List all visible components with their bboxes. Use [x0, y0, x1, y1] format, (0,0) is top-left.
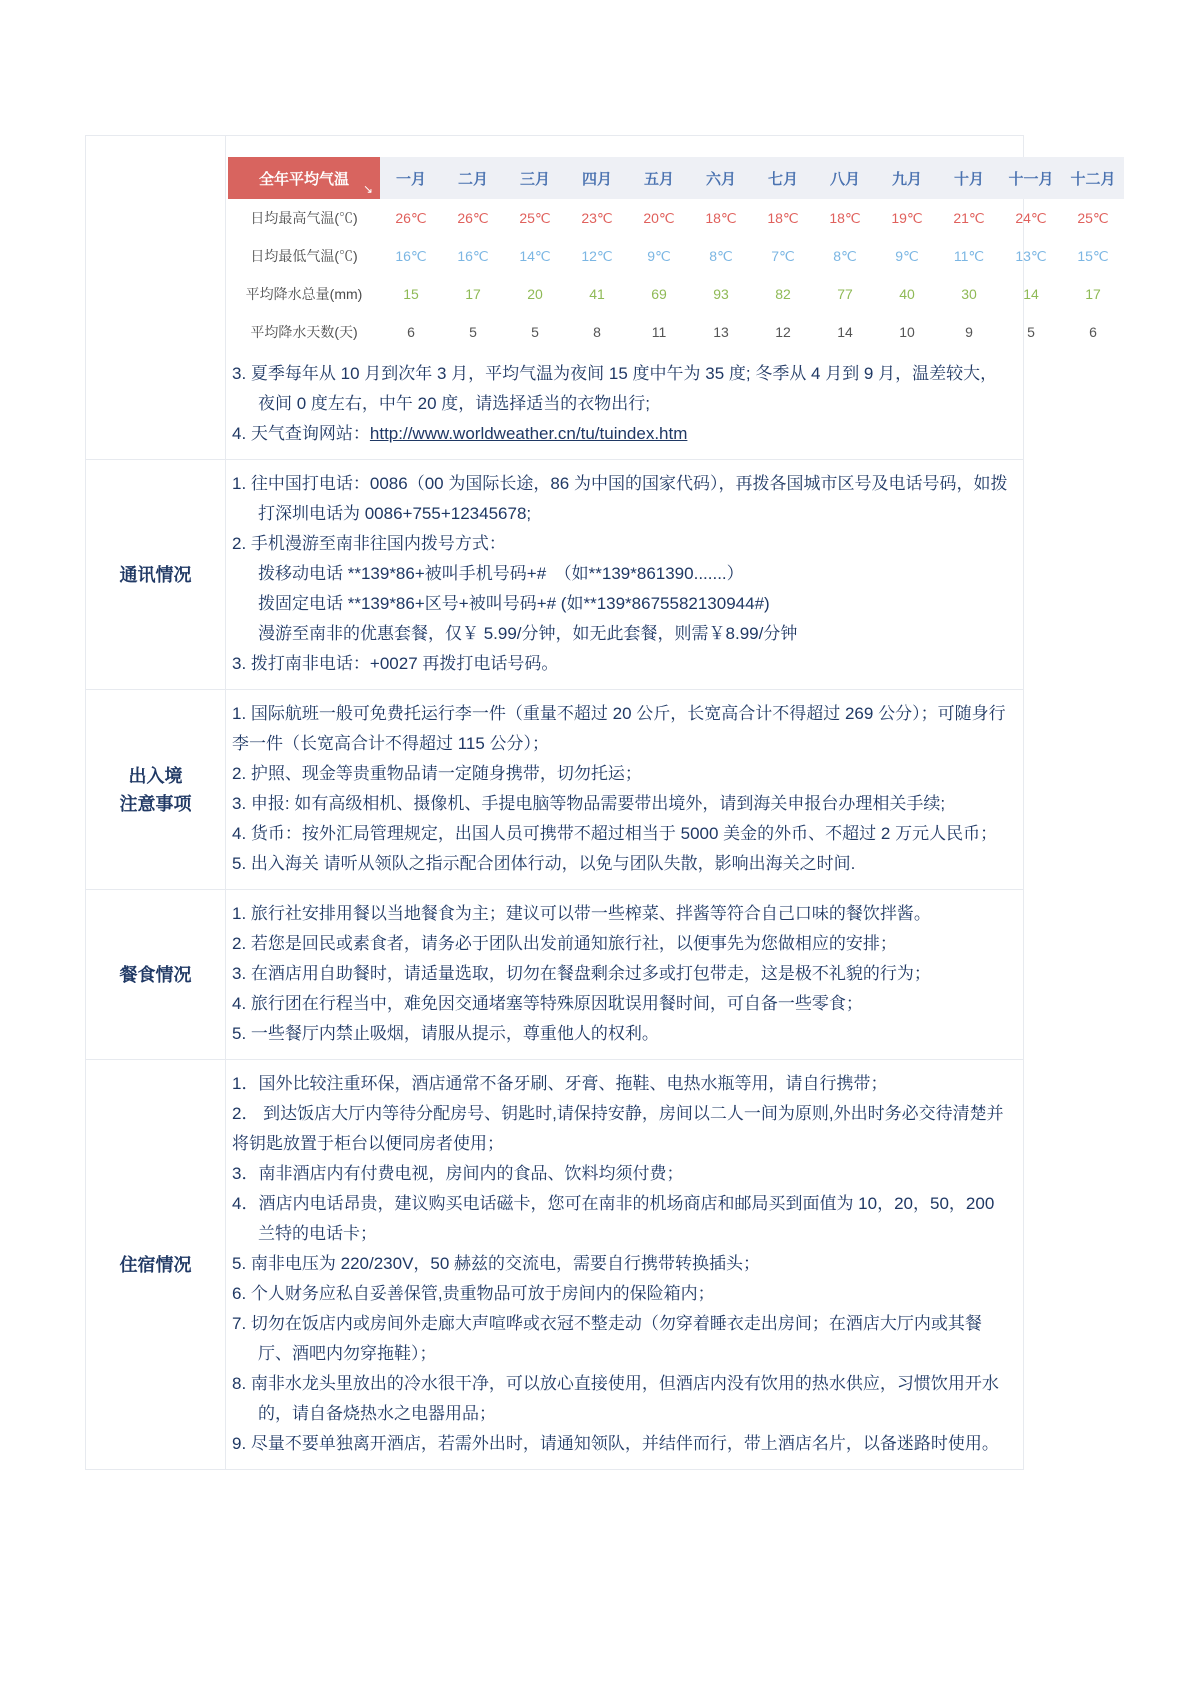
- weather-corner-label: 全年平均气温: [259, 171, 349, 188]
- section-label-text: 住宿情况: [120, 1251, 192, 1279]
- list-subline: 拨移动电话 **139*86+被叫手机号码+# （如**139*861390..…: [232, 559, 1013, 589]
- weather-value-cell: 19℃: [876, 199, 938, 237]
- list-item: 3. 夏季每年从 10 月到次年 3 月，平均气温为夜间 15 度中午为 35 …: [232, 359, 1013, 419]
- list-item: 1．国外比较注重环保，酒店通常不备牙刷、牙膏、拖鞋、电热水瓶等用，请自行携带；: [232, 1069, 1013, 1099]
- section-label-text: 餐食情况: [120, 961, 192, 989]
- weather-row-label: 平均降水天数(天): [228, 313, 380, 351]
- weather-month-header: 六月: [690, 157, 752, 199]
- weather-value-cell: 20℃: [628, 199, 690, 237]
- section-content-immigration: 1. 国际航班一般可免费托运行李一件（重量不超过 20 公斤，长宽高合计不得超过…: [226, 690, 1023, 889]
- weather-value-cell: 77: [814, 275, 876, 313]
- section-weather: 全年平均气温↘一月二月三月四月五月六月七月八月九月十月十一月十二月日均最高气温(…: [86, 136, 1023, 459]
- weather-header-row: 全年平均气温↘一月二月三月四月五月六月七月八月九月十月十一月十二月: [228, 157, 1124, 199]
- weather-value-cell: 16℃: [380, 237, 442, 275]
- weather-value-cell: 18℃: [752, 199, 814, 237]
- weather-table-head: 全年平均气温↘一月二月三月四月五月六月七月八月九月十月十一月十二月: [228, 157, 1124, 199]
- weather-value-cell: 13℃: [1000, 237, 1062, 275]
- weather-value-cell: 12: [752, 313, 814, 351]
- weather-month-header: 五月: [628, 157, 690, 199]
- weather-value-cell: 5: [1000, 313, 1062, 351]
- weather-table: 全年平均气温↘一月二月三月四月五月六月七月八月九月十月十一月十二月日均最高气温(…: [228, 157, 1124, 351]
- weather-month-header: 十月: [938, 157, 1000, 199]
- weather-value-cell: 6: [1062, 313, 1124, 351]
- list-item: 2. 护照、现金等贵重物品请一定随身携带，切勿托运；: [232, 759, 1013, 789]
- section-content-meals: 1. 旅行社安排用餐以当地餐食为主；建议可以带一些榨菜、拌酱等符合自己口味的餐饮…: [226, 890, 1023, 1059]
- weather-value-cell: 18℃: [814, 199, 876, 237]
- weather-value-cell: 15: [380, 275, 442, 313]
- section-label-immigration: 出入境注意事项: [86, 690, 226, 889]
- diagonal-arrow-icon: ↘: [363, 182, 373, 196]
- weather-value-cell: 30: [938, 275, 1000, 313]
- list-item: 2. 若您是回民或素食者，请务必于团队出发前通知旅行社，以便事先为您做相应的安排…: [232, 929, 1013, 959]
- weather-value-cell: 10: [876, 313, 938, 351]
- info-table: 全年平均气温↘一月二月三月四月五月六月七月八月九月十月十一月十二月日均最高气温(…: [85, 135, 1024, 1470]
- weather-value-cell: 26℃: [380, 199, 442, 237]
- list-item: 6. 个人财务应私自妥善保管,贵重物品可放于房间内的保险箱内；: [232, 1279, 1013, 1309]
- weather-value-cell: 18℃: [690, 199, 752, 237]
- list-item: 5. 一些餐厅内禁止吸烟，请服从提示，尊重他人的权利。: [232, 1019, 1013, 1049]
- weather-site-link[interactable]: http://www.worldweather.cn/tu/tuindex.ht…: [370, 424, 688, 443]
- section-content-weather: 全年平均气温↘一月二月三月四月五月六月七月八月九月十月十一月十二月日均最高气温(…: [226, 136, 1023, 459]
- section-label-text: 注意事项: [120, 790, 192, 818]
- weather-value-cell: 11: [628, 313, 690, 351]
- weather-data-row: 日均最低气温(℃)16℃16℃14℃12℃9℃8℃7℃8℃9℃11℃13℃15℃: [228, 237, 1124, 275]
- weather-month-header: 七月: [752, 157, 814, 199]
- weather-value-cell: 20: [504, 275, 566, 313]
- weather-value-cell: 8: [566, 313, 628, 351]
- weather-month-header: 十一月: [1000, 157, 1062, 199]
- list-item: 1. 旅行社安排用餐以当地餐食为主；建议可以带一些榨菜、拌酱等符合自己口味的餐饮…: [232, 899, 1013, 929]
- weather-month-header: 十二月: [1062, 157, 1124, 199]
- section-label-text: 通讯情况: [120, 561, 192, 589]
- weather-value-cell: 6: [380, 313, 442, 351]
- section-label-weather: [86, 136, 226, 459]
- weather-value-cell: 8℃: [690, 237, 752, 275]
- weather-month-header: 二月: [442, 157, 504, 199]
- weather-value-cell: 41: [566, 275, 628, 313]
- list-item: 4. 天气查询网站：http://www.worldweather.cn/tu/…: [232, 419, 1013, 449]
- list-subline: 漫游至南非的优惠套餐，仅￥ 5.99/分钟，如无此套餐，则需￥8.99/分钟: [232, 619, 1013, 649]
- weather-value-cell: 40: [876, 275, 938, 313]
- weather-row-label: 日均最低气温(℃): [228, 237, 380, 275]
- section-communication: 通讯情况1. 往中国打电话：0086（00 为国际长途，86 为中国的国家代码）…: [86, 459, 1023, 689]
- weather-month-header: 九月: [876, 157, 938, 199]
- weather-value-cell: 17: [1062, 275, 1124, 313]
- weather-month-header: 三月: [504, 157, 566, 199]
- list-item: 4. 旅行团在行程当中，难免因交通堵塞等特殊原因耽误用餐时间，可自备一些零食；: [232, 989, 1013, 1019]
- section-immigration: 出入境注意事项1. 国际航班一般可免费托运行李一件（重量不超过 20 公斤，长宽…: [86, 689, 1023, 889]
- weather-value-cell: 21℃: [938, 199, 1000, 237]
- list-item: 8. 南非水龙头里放出的冷水很干净，可以放心直接使用，但酒店内没有饮用的热水供应…: [232, 1369, 1013, 1429]
- weather-value-cell: 9℃: [876, 237, 938, 275]
- weather-row-label: 日均最高气温(℃): [228, 199, 380, 237]
- list-item: 5. 南非电压为 220/230V，50 赫兹的交流电，需要自行携带转换插头；: [232, 1249, 1013, 1279]
- weather-value-cell: 13: [690, 313, 752, 351]
- list-item-text: 4. 天气查询网站：: [232, 424, 370, 443]
- weather-value-cell: 17: [442, 275, 504, 313]
- list-item: 2． 到达饭店大厅内等待分配房号、钥匙时,请保持安静，房间以二人一间为原则,外出…: [232, 1099, 1013, 1159]
- section-label-meals: 餐食情况: [86, 890, 226, 1059]
- weather-month-header: 一月: [380, 157, 442, 199]
- weather-value-cell: 8℃: [814, 237, 876, 275]
- list-item: 3. 申报: 如有高级相机、摄像机、手提电脑等物品需要带出境外，请到海关申报台办…: [232, 789, 1013, 819]
- weather-value-cell: 9℃: [628, 237, 690, 275]
- weather-value-cell: 14: [1000, 275, 1062, 313]
- weather-table-body: 日均最高气温(℃)26℃26℃25℃23℃20℃18℃18℃18℃19℃21℃2…: [228, 199, 1124, 351]
- section-label-text: 出入境: [129, 762, 183, 790]
- list-item: 1. 国际航班一般可免费托运行李一件（重量不超过 20 公斤，长宽高合计不得超过…: [232, 699, 1013, 759]
- weather-value-cell: 82: [752, 275, 814, 313]
- weather-data-row: 平均降水天数(天)65581113121410956: [228, 313, 1124, 351]
- section-accommodation: 住宿情况1．国外比较注重环保，酒店通常不备牙刷、牙膏、拖鞋、电热水瓶等用，请自行…: [86, 1059, 1023, 1469]
- list-item: 3. 拨打南非电话：+0027 再拨打电话号码。: [232, 649, 1013, 679]
- section-label-communication: 通讯情况: [86, 460, 226, 689]
- list-item: 1. 往中国打电话：0086（00 为国际长途，86 为中国的国家代码），再拨各…: [232, 469, 1013, 529]
- weather-value-cell: 5: [504, 313, 566, 351]
- weather-value-cell: 93: [690, 275, 752, 313]
- list-item: 4. 货币：按外汇局管理规定，出国人员可携带不超过相当于 5000 美金的外币、…: [232, 819, 1013, 849]
- list-item: 2. 手机漫游至南非往国内拨号方式：: [232, 529, 1013, 559]
- weather-value-cell: 24℃: [1000, 199, 1062, 237]
- weather-month-header: 四月: [566, 157, 628, 199]
- weather-value-cell: 14℃: [504, 237, 566, 275]
- section-content-accommodation: 1．国外比较注重环保，酒店通常不备牙刷、牙膏、拖鞋、电热水瓶等用，请自行携带；2…: [226, 1060, 1023, 1469]
- list-item: 9. 尽量不要单独离开酒店，若需外出时，请通知领队，并结伴而行，带上酒店名片，以…: [232, 1429, 1013, 1459]
- weather-value-cell: 15℃: [1062, 237, 1124, 275]
- list-item: 5. 出入海关 请听从领队之指示配合团体行动，以免与团队失散，影响出海关之时间.: [232, 849, 1013, 879]
- section-meals: 餐食情况1. 旅行社安排用餐以当地餐食为主；建议可以带一些榨菜、拌酱等符合自己口…: [86, 889, 1023, 1059]
- weather-value-cell: 9: [938, 313, 1000, 351]
- weather-data-row: 平均降水总量(mm)151720416993827740301417: [228, 275, 1124, 313]
- list-item: 3. 在酒店用自助餐时，请适量选取，切勿在餐盘剩余过多或打包带走，这是极不礼貌的…: [232, 959, 1013, 989]
- weather-row-label: 平均降水总量(mm): [228, 275, 380, 313]
- list-item: 7. 切勿在饭店内或房间外走廊大声喧哗或衣冠不整走动（勿穿着睡衣走出房间；在酒店…: [232, 1309, 1013, 1369]
- weather-value-cell: 23℃: [566, 199, 628, 237]
- weather-value-cell: 25℃: [504, 199, 566, 237]
- list-subline: 拨固定电话 **139*86+区号+被叫号码+# (如**139*8675582…: [232, 589, 1013, 619]
- weather-value-cell: 5: [442, 313, 504, 351]
- section-content-communication: 1. 往中国打电话：0086（00 为国际长途，86 为中国的国家代码），再拨各…: [226, 460, 1023, 689]
- weather-value-cell: 25℃: [1062, 199, 1124, 237]
- weather-data-row: 日均最高气温(℃)26℃26℃25℃23℃20℃18℃18℃18℃19℃21℃2…: [228, 199, 1124, 237]
- weather-value-cell: 11℃: [938, 237, 1000, 275]
- weather-month-header: 八月: [814, 157, 876, 199]
- weather-value-cell: 26℃: [442, 199, 504, 237]
- weather-value-cell: 16℃: [442, 237, 504, 275]
- weather-value-cell: 14: [814, 313, 876, 351]
- weather-corner-cell: 全年平均气温↘: [228, 157, 380, 199]
- list-item: 3．南非酒店内有付费电视，房间内的食品、饮料均须付费；: [232, 1159, 1013, 1189]
- section-label-accommodation: 住宿情况: [86, 1060, 226, 1469]
- weather-value-cell: 7℃: [752, 237, 814, 275]
- list-item: 4．酒店内电话昂贵，建议购买电话磁卡，您可在南非的机场商店和邮局买到面值为 10…: [232, 1189, 1013, 1249]
- weather-value-cell: 69: [628, 275, 690, 313]
- weather-value-cell: 12℃: [566, 237, 628, 275]
